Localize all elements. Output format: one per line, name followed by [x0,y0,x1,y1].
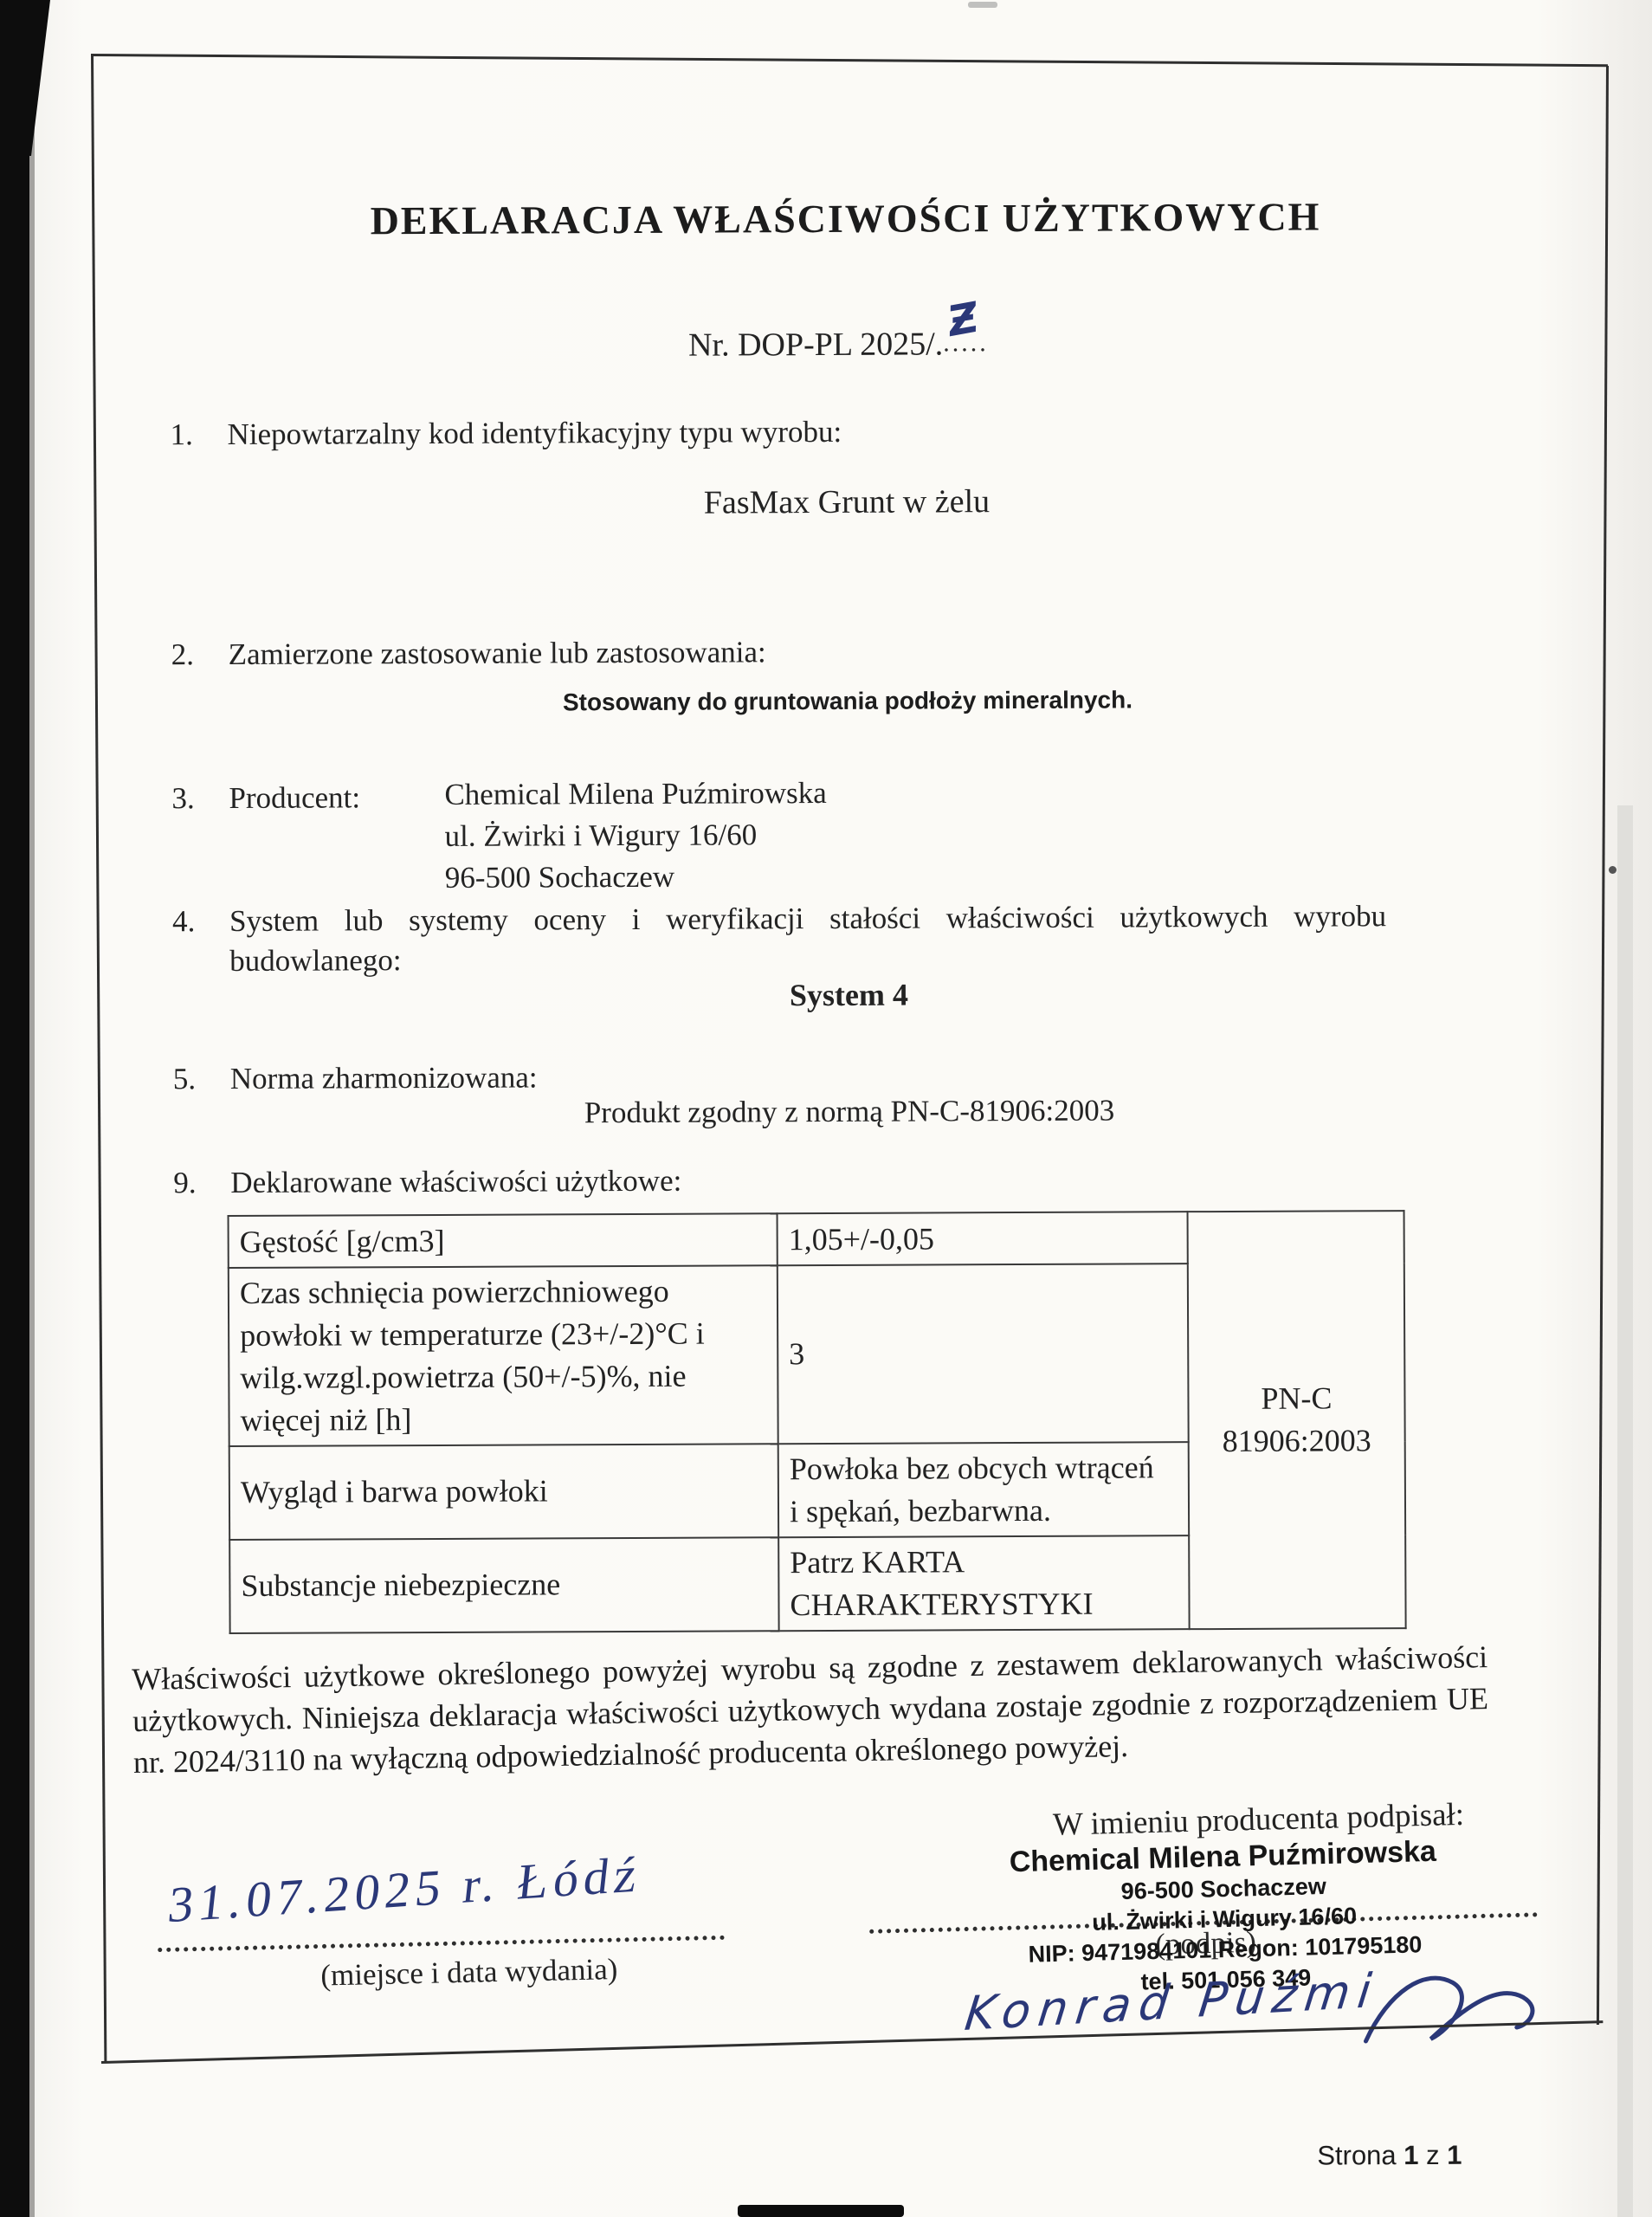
item-5-number: 5. [173,1059,230,1099]
item-3-label: Producent: [229,778,360,818]
item-9-label: Deklarowane właściwości użytkowe: [230,1161,681,1203]
item-3-number: 3. [171,779,229,818]
norm-cell: PN-C 81906:2003 [1188,1211,1406,1629]
scan-artifact-left-edge [0,0,61,2217]
item-4-label: System lub systemy oceny i weryfikacji s… [229,896,1386,981]
producer-street: ul. Żwirki i Wigury 16/60 [445,818,758,854]
document-title: DEKLARACJA WŁAŚCIWOŚCI UŻYTKOWYCH [87,192,1604,245]
item-5-label: Norma zharmonizowana: [230,1057,538,1099]
document-number-line: Nr. DOP-PL 2025/......Ƶ [87,308,1604,367]
item-2: 2. Zamierzone zastosowanie lub zastosowa… [171,630,1470,675]
document-number-blank: .....Ƶ [943,311,1003,354]
value-cell: 3 [778,1264,1189,1444]
item-4-number: 4. [172,902,229,981]
value-cell: 1,05+/-0,05 [778,1212,1188,1265]
document-number-prefix: Nr. DOP-PL 2025/. [688,326,943,363]
intended-use-value: Stosowany do gruntowania podłoży mineral… [89,684,1606,719]
harmonized-standard-value: Produkt zgodny z normą PN-C-81906:2003 [91,1091,1608,1133]
date-dotted-line [158,1936,725,1952]
property-cell: Czas schnięcia powierzchniowego powłoki … [229,1265,778,1446]
item-1-number: 1. [170,415,227,455]
value-cell: Powłoka bez obcych wtrąceń i spękań, bez… [778,1442,1189,1537]
property-cell: Substancje niebezpieczne [229,1537,778,1633]
item-9-number: 9. [173,1163,230,1203]
item-4: 4. System lub systemy oceny i weryfikacj… [172,896,1386,981]
table-row: Gęstość [g/cm3] 1,05+/-0,05 PN-C 81906:2… [229,1211,1404,1268]
footer-of-label: z [1426,2140,1440,2170]
item-2-number: 2. [171,635,229,675]
declared-performance-table: Gęstość [g/cm3] 1,05+/-0,05 PN-C 81906:2… [228,1210,1407,1634]
producer-name: Chemical Milena Puźmirowska [444,776,826,812]
scan-artifact-bottom-strip [738,2205,904,2217]
page-footer: Strona 1 z 1 [1317,2140,1462,2172]
producer-city: 96-500 Sochaczew [445,860,675,895]
item-9: 9. Deklarowane właściwości użytkowe: [173,1158,1472,1204]
declaration-paragraph: Właściwości użytkowe określonego powyżej… [132,1636,1489,1783]
property-cell: Wygląd i barwa powłoki [229,1444,778,1540]
property-cell: Gęstość [g/cm3] [229,1213,778,1268]
footer-page-number: 1 [1404,2140,1418,2170]
item-1: 1. Niepowtarzalny kod identyfikacyjny ty… [170,410,1468,456]
signature-flourish [1351,1941,1617,2064]
footer-page-label: Strona [1317,2140,1396,2170]
product-type-code: FasMax Grunt w żelu [88,480,1605,525]
item-1-label: Niepowtarzalny kod identyfikacyjny typu … [227,412,842,455]
scanned-document-page: DEKLARACJA WŁAŚCIWOŚCI UŻYTKOWYCH Nr. DO… [0,0,1652,2217]
avcp-system-value: System 4 [90,973,1607,1017]
item-2-label: Zamierzone zastosowanie lub zastosowania… [229,632,766,675]
footer-total-pages: 1 [1447,2140,1462,2170]
value-cell: Patrz KARTA CHARAKTERYSTYKI [778,1535,1189,1631]
handwritten-date-place: 31.07.2025 r. Łódź [165,1845,645,1934]
document-content: DEKLARACJA WŁAŚCIWOŚCI UŻYTKOWYCH Nr. DO… [0,0,1652,2217]
date-place-caption: (miejsce i data wydania) [220,1950,719,1996]
